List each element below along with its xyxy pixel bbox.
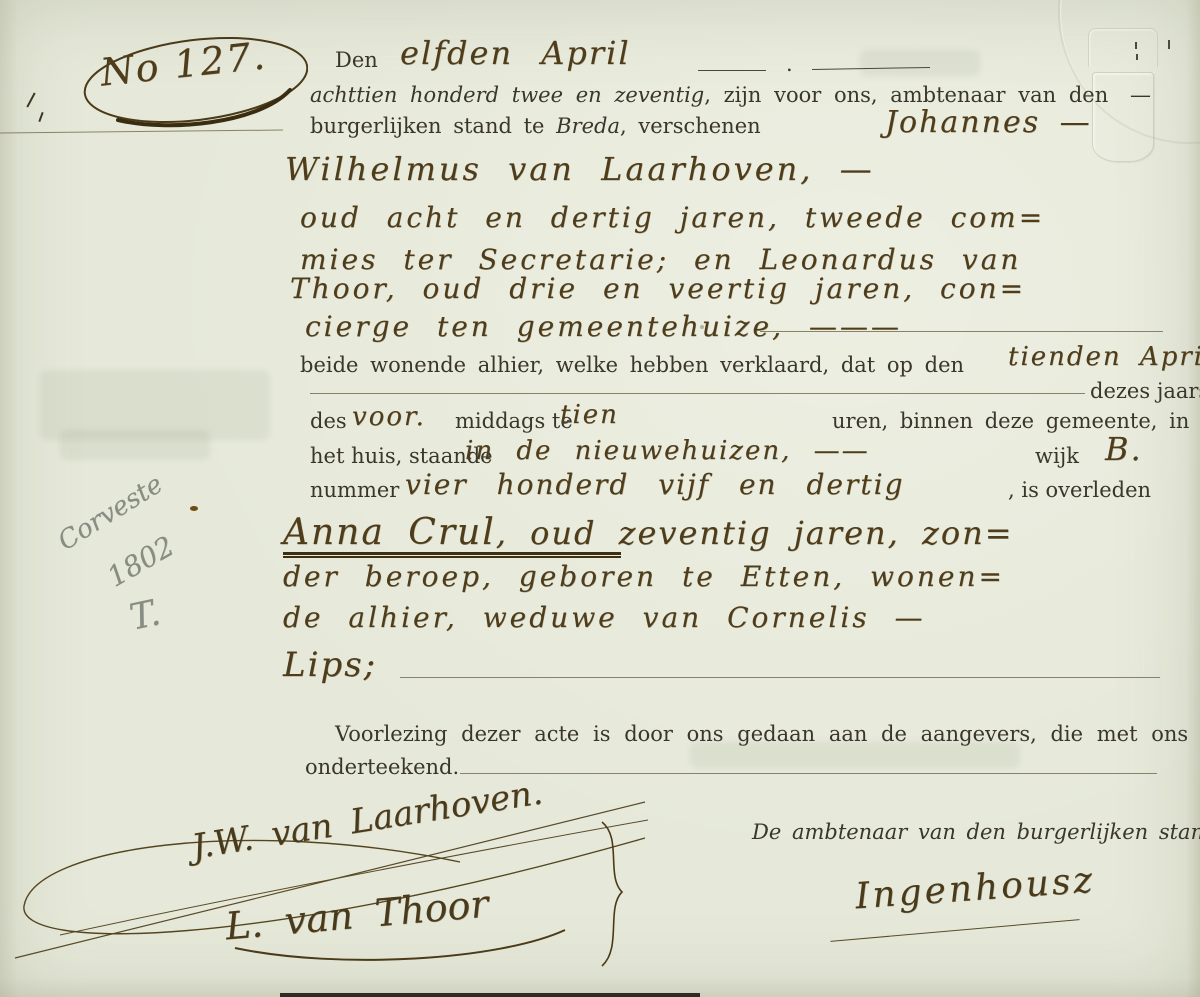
handwritten-declarant-line: cierge ten gemeentehuize, ——— bbox=[305, 310, 902, 343]
dezes-jaars: dezes jaars bbox=[1090, 379, 1200, 403]
printed-is-overleden: , is overleden bbox=[1008, 478, 1151, 502]
deceased-name-underline bbox=[283, 552, 621, 559]
fill-line bbox=[460, 773, 1157, 774]
bleedthrough-smudge bbox=[860, 50, 980, 76]
printed-den: Den bbox=[335, 48, 378, 72]
seal-ink-mark bbox=[1136, 54, 1138, 60]
seal-ink-mark bbox=[1168, 40, 1170, 49]
fill-line bbox=[760, 331, 1163, 332]
handwritten-declarant-line: Thoor, oud drie en veertig jaren, con= bbox=[290, 272, 1026, 305]
handwritten-deceased-line-3: de alhier, weduwe van Cornelis — bbox=[283, 601, 926, 634]
declaration-line-1: beide wonende alhier, welke hebben verkl… bbox=[300, 353, 964, 377]
signature-official: Ingenhousz bbox=[854, 860, 1097, 918]
fill-line bbox=[698, 70, 766, 71]
fill-line bbox=[310, 393, 1085, 394]
intro-line-3: burgerlijken stand te Breda, verschenen bbox=[310, 114, 761, 138]
official-title: De ambtenaar van den burgerlijken stand. bbox=[752, 820, 1200, 844]
stray-ink-mark bbox=[26, 92, 35, 107]
handwritten-hour: tien bbox=[560, 400, 619, 430]
handwritten-declarant-line: Wilhelmus van Laarhoven, — bbox=[285, 150, 875, 188]
printed-wijk: wijk bbox=[1035, 444, 1079, 468]
printed-middags-te: middags te bbox=[455, 409, 573, 433]
intro-line-3b: , verschenen bbox=[620, 114, 761, 138]
handwritten-death-date: tienden April bbox=[1008, 342, 1200, 372]
fill-dot: . bbox=[786, 52, 793, 76]
signature-underline bbox=[830, 919, 1079, 942]
signature-brace bbox=[602, 822, 622, 966]
intro-line-3a: burgerlijken stand te bbox=[310, 114, 556, 138]
stray-ink-mark bbox=[38, 112, 43, 122]
intro-line-2: achttien honderd twee en zeventig, zijn … bbox=[310, 83, 1108, 107]
handwritten-deceased-line-2: der beroep, geboren te Etten, wonen= bbox=[283, 560, 1005, 593]
death-certificate-scan: No 127. Den elfden April . achttien hond… bbox=[0, 0, 1200, 997]
handwritten-declarant-line: oud acht en dertig jaren, tweede com= bbox=[300, 201, 1045, 234]
bleedthrough-smudge bbox=[60, 430, 210, 460]
handwritten-appeared-name: Johannes — bbox=[885, 105, 1092, 140]
handwritten-deceased-line-4: Lips; bbox=[283, 645, 377, 685]
fill-line bbox=[400, 677, 1160, 678]
seal-ink-mark bbox=[1135, 42, 1137, 49]
handwritten-address: in de nieuwehuizen, —— bbox=[465, 436, 870, 466]
intro-line-2-dash: — bbox=[1130, 83, 1151, 107]
closing-line-2: onderteekend. bbox=[305, 755, 459, 779]
handwritten-wijk-letter: B. bbox=[1105, 430, 1143, 468]
deceased-line-1-rest: , oud zeventig jaren, zon= bbox=[496, 514, 1014, 552]
intro-line-2-rest: , zijn voor ons, ambtenaar van den bbox=[704, 83, 1108, 107]
place-italic: Breda bbox=[556, 114, 620, 138]
handwritten-date: elfden April bbox=[400, 34, 631, 72]
pencil-note-line-2: 1802 bbox=[102, 529, 180, 593]
scan-edge-artifact bbox=[280, 993, 700, 997]
handwritten-house-number: vier honderd vijf en dertig bbox=[405, 468, 905, 501]
deceased-name: Anna Crul bbox=[283, 512, 496, 553]
ink-speck bbox=[190, 506, 198, 511]
ink-speck bbox=[700, 325, 704, 329]
pencil-note-line-3: T. bbox=[126, 592, 164, 638]
handwritten-daypart: voor. bbox=[352, 402, 426, 432]
closing-line-1: Voorlezing dezer acte is door ons gedaan… bbox=[335, 722, 1200, 746]
printed-des: des bbox=[310, 409, 347, 433]
year-italic: achttien honderd twee en zeventig bbox=[310, 83, 704, 107]
handwritten-deceased-line-1: Anna Crul, oud zeventig jaren, zon= bbox=[283, 512, 1014, 553]
printed-nummer: nummer bbox=[310, 478, 399, 502]
